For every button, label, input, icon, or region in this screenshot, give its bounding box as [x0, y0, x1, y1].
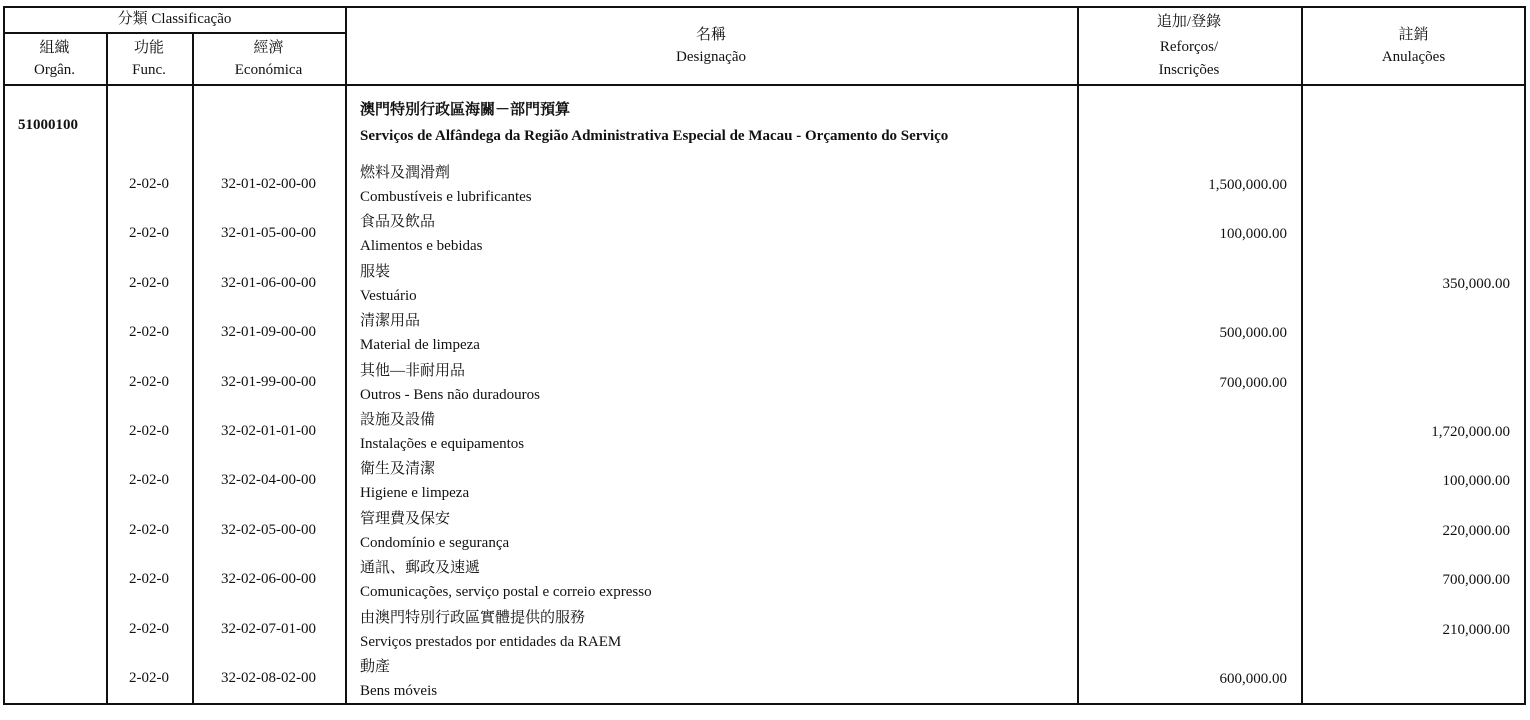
row-functional-code: 2-02-0: [106, 521, 192, 539]
row-economic-code: 32-02-06-00-00: [192, 570, 345, 588]
header-designation-zh: 名稱: [345, 25, 1077, 45]
row-economic-code: 32-01-02-00-00: [192, 175, 345, 193]
row-economic-code: 32-01-09-00-00: [192, 323, 345, 341]
row-annulment-amount: 100,000.00: [1301, 472, 1510, 490]
row-economic-code: 32-02-01-01-00: [192, 422, 345, 440]
header-reinforcements-zh: 追加/登錄: [1077, 12, 1301, 32]
header-economic-zh: 經濟: [192, 38, 345, 58]
row-reinforcement-amount: 100,000.00: [1077, 225, 1287, 243]
header-designation-pt: Designação: [345, 47, 1077, 67]
header-economic-pt: Económica: [192, 60, 345, 80]
row-reinforcement-amount: 500,000.00: [1077, 324, 1287, 342]
row-designation-zh: 動產: [360, 658, 390, 676]
header-classification: 分類 Classificação: [3, 9, 346, 29]
header-bottom-rule: [3, 84, 1526, 86]
header-subdivider: [3, 32, 346, 34]
row-economic-code: 32-02-05-00-00: [192, 521, 345, 539]
row-designation-pt: Higiene e limpeza: [360, 484, 469, 502]
header-reinforcements-pt1: Reforços/: [1077, 37, 1301, 57]
header-functional-pt: Func.: [106, 60, 192, 80]
row-economic-code: 32-02-04-00-00: [192, 471, 345, 489]
header-organic-zh: 組織: [3, 38, 106, 58]
row-economic-code: 32-01-99-00-00: [192, 373, 345, 391]
header-annulments-zh: 註銷: [1301, 25, 1526, 45]
row-designation-zh: 清潔用品: [360, 312, 420, 330]
row-annulment-amount: 220,000.00: [1301, 522, 1510, 540]
row-functional-code: 2-02-0: [106, 175, 192, 193]
row-designation-zh: 由澳門特別行政區實體提供的服務: [360, 609, 585, 627]
row-designation-pt: Comunicações, serviço postal e correio e…: [360, 583, 652, 601]
row-functional-code: 2-02-0: [106, 620, 192, 638]
row-designation-zh: 通訊、郵政及速遞: [360, 559, 480, 577]
row-designation-pt: Condomínio e segurança: [360, 534, 509, 552]
budget-table-frame: [3, 6, 1526, 705]
row-reinforcement-amount: 600,000.00: [1077, 670, 1287, 688]
row-designation-zh: 燃料及潤滑劑: [360, 164, 450, 182]
row-designation-zh: 食品及飲品: [360, 213, 435, 231]
row-reinforcement-amount: 700,000.00: [1077, 374, 1287, 392]
row-annulment-amount: 350,000.00: [1301, 275, 1510, 293]
row-functional-code: 2-02-0: [106, 471, 192, 489]
row-annulment-amount: 210,000.00: [1301, 621, 1510, 639]
header-reinforcements-pt2: Inscrições: [1077, 60, 1301, 80]
row-designation-zh: 設施及設備: [360, 411, 435, 429]
row-designation-pt: Vestuário: [360, 287, 417, 305]
header-functional-zh: 功能: [106, 38, 192, 58]
row-economic-code: 32-01-05-00-00: [192, 224, 345, 242]
col-divider: [345, 6, 347, 705]
row-functional-code: 2-02-0: [106, 323, 192, 341]
col-divider: [1077, 6, 1079, 705]
row-annulment-amount: 700,000.00: [1301, 571, 1510, 589]
row-functional-code: 2-02-0: [106, 373, 192, 391]
row-designation-zh: 衛生及清潔: [360, 460, 435, 478]
row-reinforcement-amount: 1,500,000.00: [1077, 176, 1287, 194]
row-designation-pt: Bens móveis: [360, 682, 437, 700]
row-functional-code: 2-02-0: [106, 669, 192, 687]
row-designation-pt: Outros - Bens não duradouros: [360, 386, 540, 404]
row-designation-pt: Material de limpeza: [360, 336, 480, 354]
col-divider: [106, 33, 108, 705]
row-annulment-amount: 1,720,000.00: [1301, 423, 1510, 441]
row-designation-zh: 其他—非耐用品: [360, 362, 465, 380]
row-functional-code: 2-02-0: [106, 422, 192, 440]
section-code: 51000100: [18, 116, 78, 134]
row-functional-code: 2-02-0: [106, 570, 192, 588]
row-designation-zh: 管理費及保安: [360, 510, 450, 528]
col-divider: [1301, 6, 1303, 705]
row-functional-code: 2-02-0: [106, 224, 192, 242]
row-designation-pt: Alimentos e bebidas: [360, 237, 482, 255]
row-designation-zh: 服裝: [360, 263, 390, 281]
row-economic-code: 32-02-08-02-00: [192, 669, 345, 687]
row-economic-code: 32-01-06-00-00: [192, 274, 345, 292]
row-designation-pt: Serviços prestados por entidades da RAEM: [360, 633, 621, 651]
row-designation-pt: Instalações e equipamentos: [360, 435, 524, 453]
col-divider: [192, 33, 194, 705]
header-organic-pt: Orgân.: [3, 60, 106, 80]
section-title-pt: Serviços de Alfândega da Região Administ…: [360, 127, 948, 145]
row-economic-code: 32-02-07-01-00: [192, 620, 345, 638]
section-title-zh: 澳門特別行政區海關－部門預算: [360, 101, 570, 119]
row-functional-code: 2-02-0: [106, 274, 192, 292]
row-designation-pt: Combustíveis e lubrificantes: [360, 188, 532, 206]
header-annulments-pt: Anulações: [1301, 47, 1526, 67]
